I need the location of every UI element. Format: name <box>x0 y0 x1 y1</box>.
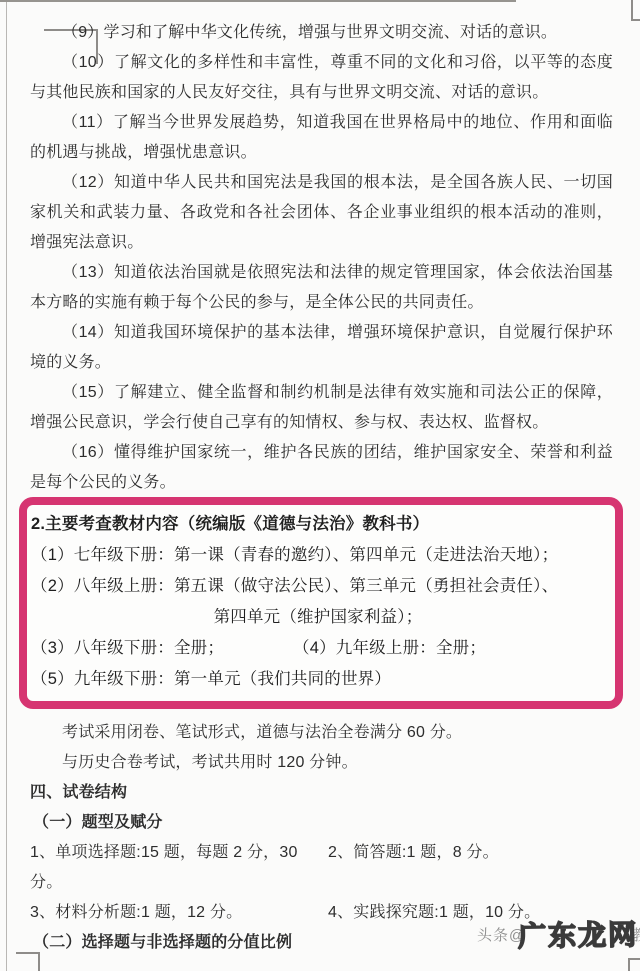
exam-form-line-1: 考试采用闭卷、笔试形式，道德与法治全卷满分 60 分。 <box>30 718 616 748</box>
textbook-items-3-4-row: （3）八年级下册：全册； （4）九年级上册：全册； <box>31 633 605 664</box>
question-type-1: 1、单项选择题:15 题，每题 2 分，30 分。 <box>30 838 328 898</box>
subsection-1-heading: （一）题型及赋分 <box>30 808 616 838</box>
objective-item-12: （12）知道中华人民共和国宪法是我国的根本法，是全国各族人民、一切国家机关和武装… <box>30 168 613 258</box>
highlight-box-title: 2.主要考查教材内容（统编版《道德与法治》教科书） <box>31 509 605 540</box>
objective-item-14: （14）知道我国环境保护的基本法律，增强环境保护意识，自觉履行保护环境的义务。 <box>30 318 613 378</box>
textbook-item-4: （4）九年级上册：全册； <box>293 633 486 664</box>
watermark: 头条@ 广东龙网 教育 <box>477 914 640 954</box>
textbook-item-2-line1: （2）八年级上册：第五课（做守法公民）、第三单元（勇担社会责任）、 <box>31 571 605 602</box>
objective-item-15: （15）了解建立、健全监督和制约机制是法律有效实施和司法公正的保障，增强公民意识… <box>30 378 613 438</box>
objective-item-11: （11）了解当今世界发展趋势，知道我国在世界格局中的地位、作用和面临的机遇与挑战… <box>30 108 613 168</box>
question-type-2: 2、简答题:1 题，8 分。 <box>328 838 499 898</box>
objective-item-13: （13）知道依法治国就是依照宪法和法律的规定管理国家，体会依法治国基本方略的实施… <box>30 258 613 318</box>
question-types-row-1: 1、单项选择题:15 题，每题 2 分，30 分。 2、简答题:1 题，8 分。 <box>30 838 616 898</box>
objective-item-10: （10）了解文化的多样性和丰富性，尊重不同的文化和习俗，以平等的态度与其他民族和… <box>30 48 613 108</box>
objective-item-16: （16）懂得维护国家统一，维护各民族的团结，维护国家安全、荣誉和利益是每个公民的… <box>30 438 613 498</box>
textbook-item-5: （5）九年级下册：第一单元（我们共同的世界） <box>31 664 605 695</box>
highlighted-textbook-content-box: 2.主要考查教材内容（统编版《道德与法治》教科书） （1）七年级下册：第一课（青… <box>19 497 623 709</box>
page-left-edge-line <box>6 0 7 971</box>
objectives-paragraph-list: （9）学习和了解中华文化传统，增强与世界文明交流、对话的意识。 （10）了解文化… <box>30 18 613 498</box>
document-page: （9）学习和了解中华文化传统，增强与世界文明交流、对话的意识。 （10）了解文化… <box>0 0 640 971</box>
objective-item-9: （9）学习和了解中华文化传统，增强与世界文明交流、对话的意识。 <box>30 18 613 48</box>
question-type-3: 3、材料分析题:1 题，12 分。 <box>30 898 328 928</box>
textbook-item-2-line2: 第四单元（维护国家利益）； <box>31 602 605 633</box>
section-4-heading: 四、试卷结构 <box>30 778 616 808</box>
watermark-logo-text: 广东龙网 <box>518 913 639 955</box>
crop-mark-top-right <box>631 0 640 21</box>
exam-form-line-2: 与历史合卷考试，考试共用时 120 分钟。 <box>30 748 616 778</box>
crop-mark-bottom-right <box>628 958 640 971</box>
textbook-item-3: （3）八年级下册：全册； <box>31 633 293 664</box>
page-top-edge-line <box>0 0 516 2</box>
textbook-item-1: （1）七年级下册：第一课（青春的邀约）、第四单元（走进法治天地）； <box>31 540 605 571</box>
